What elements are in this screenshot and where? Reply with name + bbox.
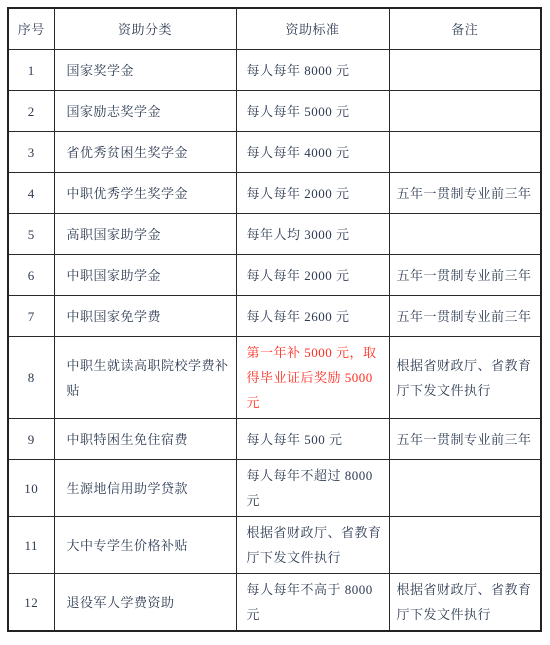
cell-aid-standard: 每人每年 2000 元 [236, 255, 389, 296]
page: 序号 资助分类 资助标准 备注 1国家奖学金每人每年 8000 元2国家励志奖学… [0, 0, 550, 632]
table-row: 1国家奖学金每人每年 8000 元 [8, 50, 541, 91]
cell-serial-number: 3 [8, 132, 54, 173]
cell-aid-category: 生源地信用助学贷款 [54, 460, 236, 517]
cell-aid-category: 中职特困生免住宿费 [54, 419, 236, 460]
cell-serial-number: 1 [8, 50, 54, 91]
cell-remark: 五年一贯制专业前三年 [389, 419, 541, 460]
cell-remark [389, 91, 541, 132]
cell-serial-number: 2 [8, 91, 54, 132]
table-row: 10生源地信用助学贷款每人每年不超过 8000 元 [8, 460, 541, 517]
cell-remark [389, 50, 541, 91]
cell-serial-number: 11 [8, 517, 54, 574]
table-row: 5高职国家助学金每年人均 3000 元 [8, 214, 541, 255]
cell-serial-number: 6 [8, 255, 54, 296]
cell-serial-number: 8 [8, 337, 54, 419]
cell-aid-standard: 每人每年 8000 元 [236, 50, 389, 91]
table-row: 6中职国家助学金每人每年 2000 元五年一贯制专业前三年 [8, 255, 541, 296]
cell-aid-standard: 每人每年 4000 元 [236, 132, 389, 173]
cell-remark [389, 517, 541, 574]
cell-remark [389, 214, 541, 255]
header-aid-category: 资助分类 [54, 8, 236, 50]
cell-serial-number: 5 [8, 214, 54, 255]
table-row: 9中职特困生免住宿费每人每年 500 元五年一贯制专业前三年 [8, 419, 541, 460]
cell-remark: 五年一贯制专业前三年 [389, 255, 541, 296]
cell-aid-category: 国家励志奖学金 [54, 91, 236, 132]
cell-aid-category: 国家奖学金 [54, 50, 236, 91]
header-remark: 备注 [389, 8, 541, 50]
cell-remark: 五年一贯制专业前三年 [389, 173, 541, 214]
cell-aid-category: 中职国家助学金 [54, 255, 236, 296]
cell-remark: 五年一贯制专业前三年 [389, 296, 541, 337]
header-aid-standard: 资助标准 [236, 8, 389, 50]
cell-aid-standard: 每人每年 500 元 [236, 419, 389, 460]
cell-remark: 根据省财政厅、省教育厅下发文件执行 [389, 337, 541, 419]
cell-aid-standard: 每人每年 5000 元 [236, 91, 389, 132]
table-row: 7中职国家免学费每人每年 2600 元五年一贯制专业前三年 [8, 296, 541, 337]
cell-serial-number: 9 [8, 419, 54, 460]
cell-aid-category: 高职国家助学金 [54, 214, 236, 255]
table-row: 2国家励志奖学金每人每年 5000 元 [8, 91, 541, 132]
header-row: 序号 资助分类 资助标准 备注 [8, 8, 541, 50]
table-row: 3省优秀贫困生奖学金每人每年 4000 元 [8, 132, 541, 173]
aid-table: 序号 资助分类 资助标准 备注 1国家奖学金每人每年 8000 元2国家励志奖学… [7, 7, 542, 632]
cell-serial-number: 4 [8, 173, 54, 214]
table-body: 1国家奖学金每人每年 8000 元2国家励志奖学金每人每年 5000 元3省优秀… [8, 50, 541, 632]
cell-aid-category: 中职优秀学生奖学金 [54, 173, 236, 214]
cell-aid-standard: 每人每年不高于 8000 元 [236, 574, 389, 632]
table-row: 12退役军人学费资助每人每年不高于 8000 元根据省财政厅、省教育厅下发文件执… [8, 574, 541, 632]
cell-aid-standard: 第一年补 5000 元，取得毕业证后奖励 5000 元 [236, 337, 389, 419]
cell-aid-standard: 根据省财政厅、省教育厅下发文件执行 [236, 517, 389, 574]
cell-aid-standard: 每人每年 2600 元 [236, 296, 389, 337]
cell-aid-category: 中职国家免学费 [54, 296, 236, 337]
cell-aid-category: 大中专学生价格补贴 [54, 517, 236, 574]
cell-remark [389, 460, 541, 517]
table-header: 序号 资助分类 资助标准 备注 [8, 8, 541, 50]
cell-serial-number: 10 [8, 460, 54, 517]
table-row: 4中职优秀学生奖学金每人每年 2000 元五年一贯制专业前三年 [8, 173, 541, 214]
cell-aid-standard: 每人每年 2000 元 [236, 173, 389, 214]
cell-serial-number: 12 [8, 574, 54, 632]
cell-aid-category: 省优秀贫困生奖学金 [54, 132, 236, 173]
cell-aid-category: 中职生就读高职院校学费补贴 [54, 337, 236, 419]
table-row: 11大中专学生价格补贴根据省财政厅、省教育厅下发文件执行 [8, 517, 541, 574]
cell-aid-standard: 每人每年不超过 8000 元 [236, 460, 389, 517]
cell-remark [389, 132, 541, 173]
cell-remark: 根据省财政厅、省教育厅下发文件执行 [389, 574, 541, 632]
cell-serial-number: 7 [8, 296, 54, 337]
cell-aid-category: 退役军人学费资助 [54, 574, 236, 632]
table-row: 8中职生就读高职院校学费补贴第一年补 5000 元，取得毕业证后奖励 5000 … [8, 337, 541, 419]
cell-aid-standard: 每年人均 3000 元 [236, 214, 389, 255]
header-serial-number: 序号 [8, 8, 54, 50]
